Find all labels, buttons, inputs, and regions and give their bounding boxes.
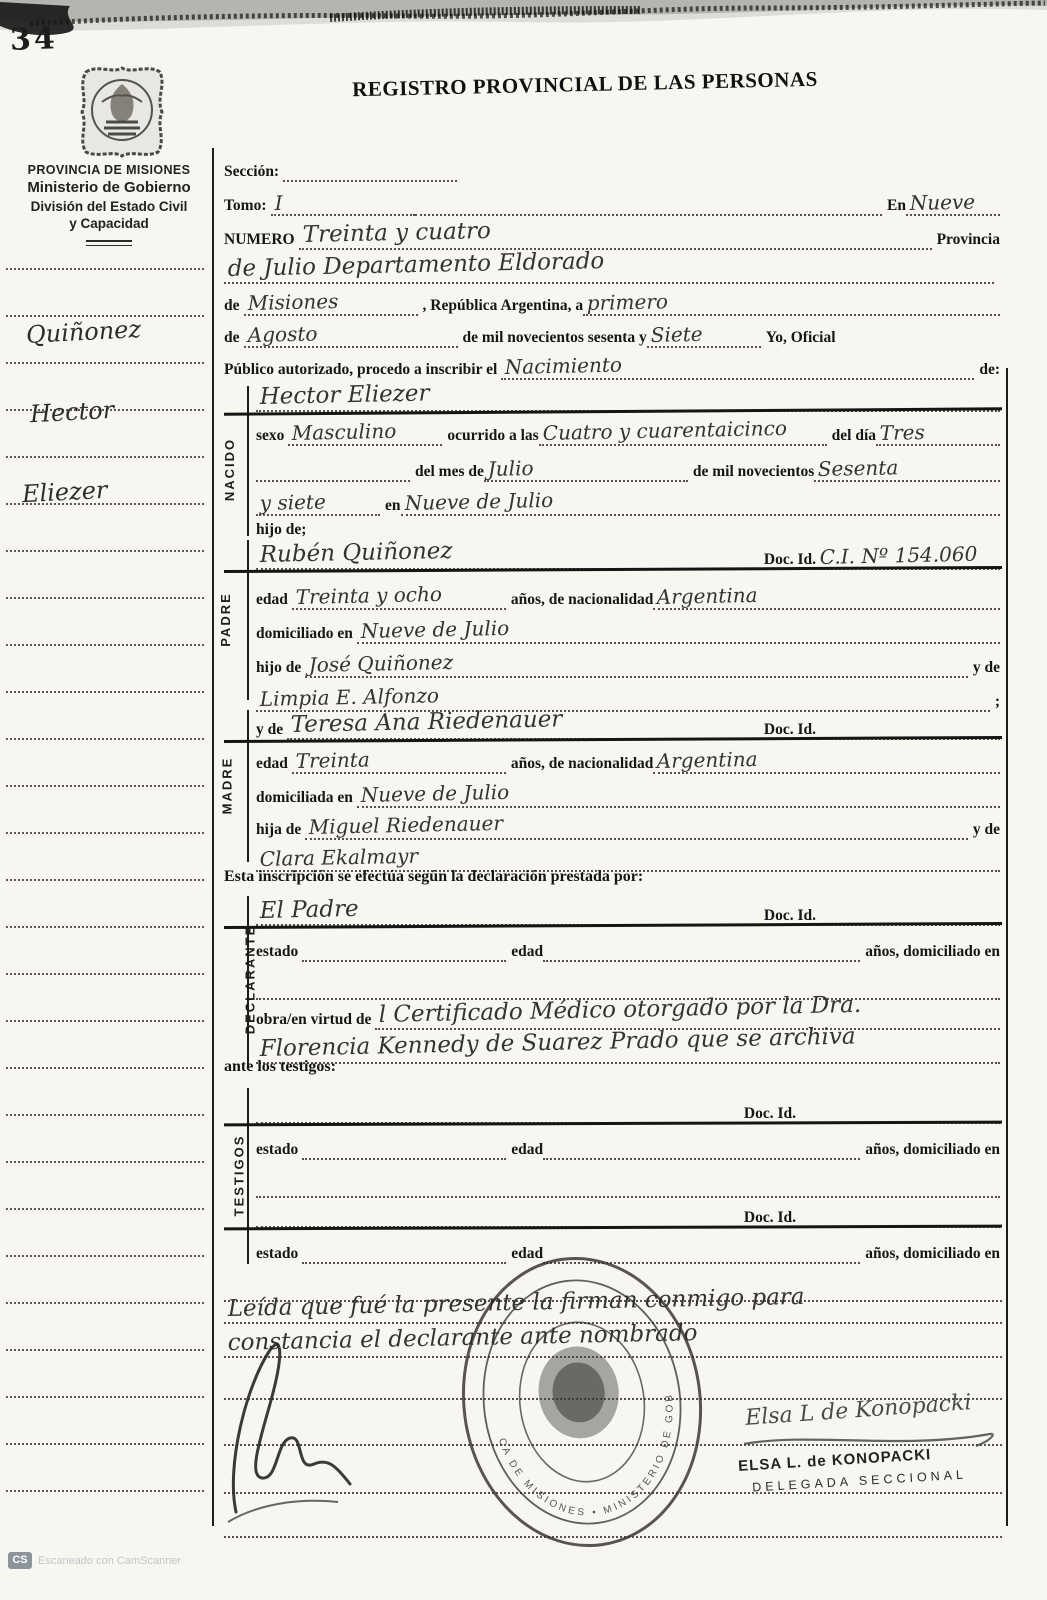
- section-label-madre: MADRE: [219, 757, 234, 815]
- anio-cont-seg: y siete: [256, 493, 380, 516]
- anio-value: Sesenta: [816, 457, 907, 480]
- acto-seg: Nacimiento: [501, 357, 974, 380]
- madre-domicilio-value: Nueve de Julio: [358, 782, 517, 806]
- field-testigos-blank: [256, 1166, 1000, 1198]
- tomo-fill: [415, 206, 883, 216]
- madre-edad-value: Treinta: [293, 749, 377, 772]
- field-hijo-de-heading: hijo de;: [256, 514, 1000, 540]
- field-acto: Público autorizado, procedo a inscribir …: [224, 348, 1000, 380]
- tomo-value-seg: I: [271, 193, 415, 216]
- anio-inscripcion-seg: Siete: [647, 325, 761, 348]
- padre-edad-label: edad: [256, 591, 292, 610]
- field-obra-2: Florencia Kennedy de Suarez Prado que se…: [256, 1032, 1000, 1064]
- localidad-seg: de Julio Departamento Eldorado: [224, 258, 994, 284]
- tomo-value: I: [272, 193, 290, 214]
- field-nacido-mes: del mes de Julio de mil novecientos Sese…: [256, 450, 1000, 482]
- scanned-birth-certificate: 34 PROVINCIA DE MISIONES Ministerio de G…: [0, 0, 1047, 1600]
- letterhead-divider: [8, 236, 210, 246]
- anio-seg: Sesenta: [814, 459, 1000, 482]
- madre-nacionalidad-seg: Argentina: [653, 751, 1000, 774]
- declaracion-intro: Esta inscripción se efectúa según la dec…: [224, 868, 643, 886]
- testigo1-domicilio-label: años, domiciliado en: [860, 1141, 1000, 1160]
- madre-abuelo-seg: Miguel Riedenauer: [305, 817, 968, 840]
- madre-hija-de-label: hija de: [256, 821, 305, 840]
- del-dia-label: del día: [827, 427, 876, 446]
- testigo1-edad-label: edad: [506, 1141, 543, 1160]
- declarante-domicilio-label: años, domiciliado en: [860, 943, 1000, 962]
- field-numero: NUMERO Treinta y cuatro Provincia: [224, 218, 1000, 250]
- lugar-value: Nueve de Julio: [402, 490, 561, 514]
- del-mes-label: del mes de: [410, 463, 484, 482]
- numero-value-seg: Treinta y cuatro: [299, 224, 932, 250]
- acto-value: Nacimiento: [503, 354, 631, 378]
- madre-nombre-seg: Teresa Ana Riedenauer: [287, 714, 759, 740]
- provincia-label: Provincia: [932, 231, 1000, 250]
- padre-domicilio-seg: Nueve de Julio: [357, 621, 1000, 644]
- madre-abuela-value: Clara Ekalmayr: [258, 845, 427, 870]
- en-value-seg: Nueve: [906, 193, 1000, 216]
- obra-linea2-seg: Florencia Kennedy de Suarez Prado que se…: [256, 1038, 1000, 1064]
- field-nacido-sexo: sexo Masculino ocurrido a las Cuatro y c…: [256, 414, 1000, 446]
- camscanner-text: Escaneado con CamScanner: [38, 1555, 181, 1567]
- testigo1-estado-blank: [302, 1150, 506, 1160]
- section-label-testigos: TESTIGOS: [231, 1135, 246, 1217]
- testigo1-estado-label: estado: [256, 1141, 302, 1160]
- declarante-edad-label: edad: [506, 943, 543, 962]
- field-declarante-blank: [256, 968, 1000, 1000]
- declarante-quien-seg: El Padre: [256, 900, 759, 926]
- madre-domicilio-label: domiciliada en: [256, 789, 357, 808]
- padre-nacionalidad-label: años, de nacionalidad: [506, 591, 654, 610]
- de-label-1: de: [224, 297, 244, 316]
- tomo-label: Tomo:: [224, 197, 271, 216]
- de-label-2: de: [224, 329, 244, 348]
- de-mil-novecientos-label: de mil novecientos: [688, 463, 814, 482]
- madre-nacionalidad-value: Argentina: [655, 749, 766, 772]
- field-declarante-estado: estado edad años, domiciliado en: [256, 930, 1000, 962]
- section-bracket-padre: [247, 540, 249, 700]
- padre-nombre-seg: Rubén Quiñonez: [256, 544, 759, 570]
- testigo2-domicilio-label: años, domiciliado en: [860, 1245, 1000, 1264]
- field-obra-1: obra/en virtud de l Certificado Médico o…: [256, 998, 1000, 1030]
- field-localidad: de Julio Departamento Eldorado: [224, 252, 994, 284]
- field-seccion: Sección:: [224, 150, 1000, 182]
- letterhead-division-1: División del Estado Civil: [8, 199, 210, 214]
- form-title: REGISTRO PROVINCIAL DE LAS PERSONAS: [300, 66, 870, 104]
- anio-inscripcion-value: Siete: [648, 324, 710, 346]
- sexo-value: Masculino: [290, 421, 405, 444]
- padre-nacionalidad-value: Argentina: [655, 585, 766, 608]
- de-colon-label: de:: [974, 361, 1000, 380]
- publico-label: Público autorizado, procedo a inscribir …: [224, 361, 501, 380]
- declarant-signature: [218, 1326, 358, 1526]
- testigo2-estado-blank: [302, 1254, 506, 1264]
- obra-linea2-value: Florencia Kennedy de Suarez Prado que se…: [257, 1025, 863, 1062]
- mes-seg: Julio: [484, 459, 688, 482]
- section-bracket-testigos: [247, 1088, 249, 1264]
- field-padre-edad: edad Treinta y ocho años, de nacionalida…: [256, 578, 1000, 610]
- field-madre-edad: edad Treinta años, de nacionalidad Argen…: [256, 742, 1000, 774]
- section-label-padre: PADRE: [218, 592, 233, 647]
- obra-linea1-value: l Certificado Médico otorgado por la Dra…: [377, 994, 870, 1028]
- provincia-value-seg: Misiones: [244, 293, 418, 316]
- declarante-estado-label: estado: [256, 943, 302, 962]
- padre-abuelo-seg: José Quiñonez: [305, 655, 968, 678]
- mes-inscripcion-value: Agosto: [245, 323, 325, 346]
- section-bracket-declarante: [247, 896, 249, 1068]
- provincial-seal: [72, 62, 172, 162]
- margin-name-middle: Eliezer: [21, 476, 108, 508]
- declarante-quien-value: El Padre: [257, 898, 366, 924]
- declarante-edad-blank: [543, 952, 860, 962]
- testigo2-estado-label: estado: [256, 1245, 302, 1264]
- testigo1-edad-blank: [543, 1150, 860, 1160]
- lugar-seg: Nueve de Julio: [401, 493, 1001, 516]
- madre-domicilio-seg: Nueve de Julio: [357, 785, 1000, 808]
- madre-edad-seg: Treinta: [292, 751, 506, 774]
- letterhead-province: PROVINCIA DE MISIONES: [8, 163, 210, 177]
- padre-nombre-value: Rubén Quiñonez: [257, 540, 460, 568]
- form-left-border: [212, 148, 214, 1526]
- nacido-nombre-value: Hector Eliezer: [257, 382, 437, 410]
- section-label-nacido: NACIDO: [222, 438, 237, 501]
- ocurrido-label: ocurrido a las: [442, 427, 538, 446]
- field-testigo2-nombre: Doc. Id.: [256, 1196, 1000, 1228]
- field-testigo1-estado: estado edad años, domiciliado en: [256, 1128, 1000, 1160]
- numero-label: NUMERO: [224, 231, 299, 250]
- madre-y-de-label: y de: [968, 821, 1000, 840]
- field-madre-domicilio: domiciliada en Nueve de Julio: [256, 776, 1000, 808]
- madre-y-de-intro-label: y de: [256, 721, 287, 740]
- provincia-value: Misiones: [245, 291, 346, 314]
- section-bracket-madre: [247, 710, 249, 862]
- declarante-estado-blank: [302, 952, 506, 962]
- padre-hijo-de-label: hijo de: [256, 659, 305, 678]
- sexo-label: sexo: [256, 427, 288, 446]
- field-tomo: Tomo: I En Nueve: [224, 184, 1000, 216]
- padre-nacionalidad-seg: Argentina: [653, 587, 1000, 610]
- padre-edad-seg: Treinta y ocho: [292, 587, 506, 610]
- field-fecha: de Agosto de mil novecientos sesenta y S…: [224, 316, 1000, 348]
- sexo-seg: Masculino: [288, 423, 442, 446]
- numero-value: Treinta y cuatro: [300, 220, 499, 248]
- margin-name-first: Hector: [29, 396, 114, 428]
- field-madre-abuelo: hija de Miguel Riedenauer y de: [256, 808, 1000, 840]
- registry-oval-stamp: CA DE MISIONES • MINISTERIO DE GOBIERNO: [432, 1235, 731, 1568]
- camscanner-badge: CS: [8, 1552, 32, 1569]
- field-nacido-lugar: y siete en Nueve de Julio: [256, 484, 1000, 516]
- dia-inscripcion-value: primero: [585, 291, 677, 314]
- scan-artifact-band: [0, 0, 1047, 46]
- mes-lead-blank: [256, 472, 410, 482]
- padre-domicilio-label: domiciliado en: [256, 625, 357, 644]
- padre-edad-value: Treinta y ocho: [293, 584, 450, 608]
- padre-doc-value: C.I. Nº 154.060: [818, 543, 986, 568]
- page-number: 34: [9, 21, 58, 58]
- form-right-border: [1006, 368, 1008, 1526]
- mes-inscripcion-seg: Agosto: [244, 325, 458, 348]
- madre-edad-label: edad: [256, 755, 292, 774]
- padre-abuelo-value: José Quiñonez: [307, 652, 462, 676]
- seccion-label: Sección:: [224, 163, 283, 182]
- field-testigo1-nombre: Doc. Id.: [256, 1092, 1000, 1124]
- en-ciudad-value: Nueve: [908, 191, 984, 214]
- field-declarante-quien: El Padre Doc. Id.: [256, 894, 1000, 926]
- mes-value: Julio: [485, 458, 541, 480]
- seccion-blank: [283, 172, 457, 182]
- margin-name-surname: Quiñonez: [25, 315, 141, 349]
- field-madre-nombre: y de Teresa Ana Riedenauer Doc. Id.: [256, 708, 1000, 740]
- padre-abuela-value: Limpia E. Alfonzo: [258, 685, 448, 710]
- dia-seg: Tres: [876, 423, 1000, 446]
- padre-y-de-label: y de: [968, 659, 1000, 678]
- field-provincia-de: de Misiones , República Argentina, a pri…: [224, 284, 1000, 316]
- field-padre-domicilio: domiciliado en Nueve de Julio: [256, 612, 1000, 644]
- madre-nacionalidad-label: años, de nacionalidad: [506, 755, 654, 774]
- field-padre-nombre: Rubén Quiñonez Doc. Id. C.I. Nº 154.060: [256, 538, 1000, 570]
- anio-cont-value: y siete: [258, 491, 334, 514]
- obra-label: obra/en virtud de: [256, 1011, 375, 1030]
- section-bracket-nacido: [247, 386, 249, 536]
- republica-label: , República Argentina, a: [418, 297, 584, 316]
- padre-domicilio-value: Nueve de Julio: [358, 618, 517, 642]
- yo-oficial-label: Yo, Oficial: [761, 329, 836, 348]
- letterhead-ministry: Ministerio de Gobierno: [8, 179, 210, 196]
- localidad-value: de Julio Departamento Eldorado: [225, 250, 612, 282]
- ante-testigos-label: ante los testigos:: [224, 1058, 336, 1076]
- dia-value: Tres: [878, 422, 933, 444]
- field-padre-abuelo: hijo de José Quiñonez y de: [256, 646, 1000, 678]
- hora-value: Cuatro y cuarentaicinco: [540, 418, 795, 444]
- madre-abuelo-value: Miguel Riedenauer: [307, 813, 512, 838]
- madre-nombre-value: Teresa Ana Riedenauer: [289, 708, 571, 738]
- hora-seg: Cuatro y cuarentaicinco: [539, 423, 827, 446]
- mil-novecientos-label: de mil novecientos sesenta y: [458, 329, 647, 348]
- en-label: En: [882, 197, 906, 216]
- dia-inscripcion-seg: primero: [583, 293, 1000, 316]
- letterhead-division-2: y Capacidad: [8, 216, 210, 231]
